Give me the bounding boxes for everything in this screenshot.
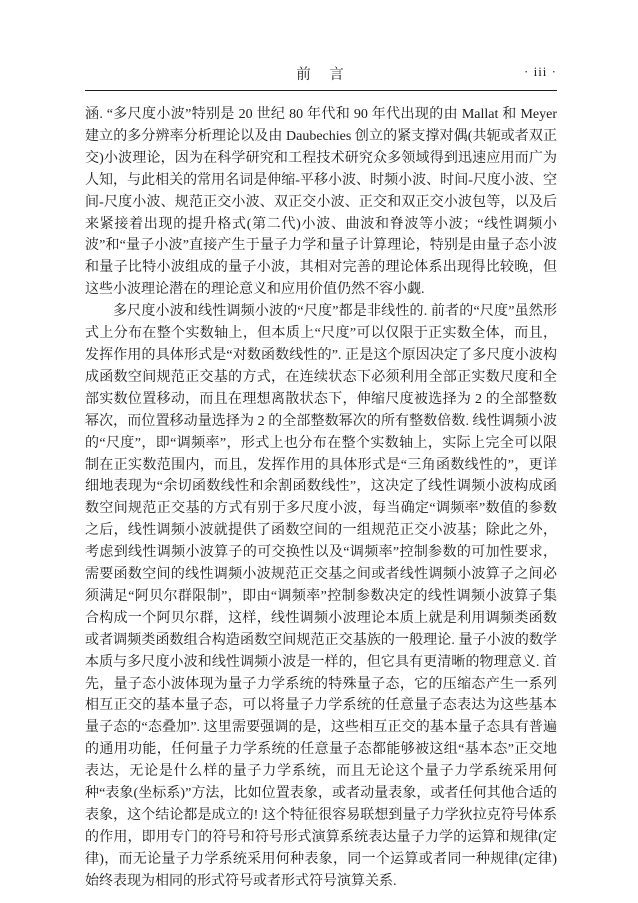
paragraph-scale-nonlinearity: 多尺度小波和线性调频小波的“尺度”都是非线性的. 前者的“尺度”虽然形式上分布在… <box>85 301 557 892</box>
page-title: 前 言 <box>85 63 557 84</box>
page-header: 前 言 · iii · <box>85 63 557 85</box>
document-page: 前 言 · iii · 涵. “多尺度小波”特别是 20 世纪 80 年代和 9… <box>0 0 638 903</box>
paragraph-wavelet-overview: 涵. “多尺度小波”特别是 20 世纪 80 年代和 90 年代出现的由 Mal… <box>85 104 557 301</box>
header-rule <box>85 90 557 91</box>
preface-body: 涵. “多尺度小波”特别是 20 世纪 80 年代和 90 年代出现的由 Mal… <box>85 104 557 893</box>
page-number: · iii · <box>524 64 557 80</box>
